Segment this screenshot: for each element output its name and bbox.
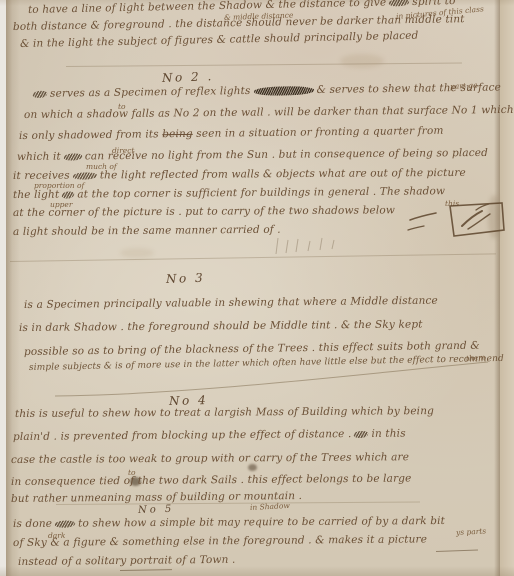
handwriting-line: case the castle is too weak to group wit… bbox=[11, 451, 409, 466]
line-text: the light reflected from walls & objects… bbox=[100, 167, 466, 182]
handwriting-line: of Sky & a figure & something else in th… bbox=[13, 533, 427, 549]
paper-stain bbox=[120, 248, 154, 258]
handwriting-line: plain'd . is prevented from blocking up … bbox=[13, 428, 406, 443]
line-text: is done bbox=[13, 518, 52, 530]
underline-stroke bbox=[436, 550, 478, 552]
scribbled-out-word bbox=[54, 520, 76, 527]
handwriting-line: a light should be in the same manner car… bbox=[13, 224, 281, 238]
handwriting-line: this is useful to shew how to treat a la… bbox=[15, 405, 434, 420]
handwriting-line: it receivesthe light reflected from wall… bbox=[13, 167, 466, 182]
page-edge-bottom-shadow bbox=[0, 566, 514, 576]
page-edge-left-crease bbox=[6, 0, 20, 576]
handwriting-line: is a Specimen principally valuable in sh… bbox=[24, 295, 438, 311]
bleed-through-marks bbox=[272, 234, 352, 258]
line-text: & serves to shew that the surface bbox=[316, 81, 501, 96]
line-text: plain'd . is prevented from blocking up … bbox=[13, 428, 352, 443]
struck-word: being bbox=[162, 128, 193, 140]
scribbled-out-word bbox=[32, 90, 48, 97]
manuscript-page: to have a line of light between the Shad… bbox=[0, 0, 514, 576]
line-text: seen in a situation or fronting a quarte… bbox=[196, 125, 443, 140]
handwriting-line: is doneto shew how a simple bit may requ… bbox=[13, 515, 445, 530]
section-heading-no4: No 4 bbox=[169, 394, 208, 407]
scribbled-out-word bbox=[61, 191, 75, 198]
line-text: at the top corner is sufficient for buil… bbox=[77, 185, 445, 200]
page-edge-right-strip bbox=[500, 0, 514, 576]
handwriting-line: at the corner of the picture is . put to… bbox=[13, 204, 395, 219]
scribbled-out-word bbox=[353, 430, 369, 437]
line-text: which it bbox=[17, 151, 61, 163]
pen-flourish-line bbox=[40, 350, 500, 400]
paper-stain bbox=[340, 54, 384, 68]
handwriting-line: serves as a Specimen of reflex lights& s… bbox=[30, 81, 501, 100]
margin-sketch bbox=[406, 196, 510, 248]
handwriting-line: & in the light the subject of figures & … bbox=[20, 30, 419, 50]
handwriting-line: is only shadowed from its being seen in … bbox=[19, 125, 444, 142]
fold-line bbox=[10, 253, 496, 262]
line-text: in this bbox=[371, 428, 405, 440]
handwriting-line: on which a shadow falls as No 2 on the w… bbox=[24, 104, 514, 121]
section-heading-no5: No 5 bbox=[138, 504, 175, 517]
marginal-note: ys parts bbox=[456, 526, 487, 537]
fold-line bbox=[66, 63, 462, 67]
section-heading-no2: No 2 . bbox=[162, 70, 214, 84]
line-text: is only shadowed from its bbox=[19, 128, 159, 142]
line-text: can receive no light from the Sun . but … bbox=[85, 147, 488, 163]
line-text: to shew how a simple bit may require to … bbox=[78, 515, 445, 530]
scribbled-out-word bbox=[72, 172, 98, 179]
handwriting-line: instead of a solitary portrait of a Town… bbox=[18, 554, 236, 568]
handwriting-line: which itcan receive no light from the Su… bbox=[17, 147, 488, 163]
handwriting-line: in consequence tied of the two dark Sail… bbox=[11, 473, 412, 488]
scribbled-out-word bbox=[63, 153, 83, 160]
handwriting-line: is in dark Shadow . the foreground shoul… bbox=[19, 318, 423, 334]
ink-blot bbox=[248, 464, 257, 471]
line-text: serves as a Specimen of reflex lights bbox=[50, 85, 251, 100]
scribbled-out-words bbox=[252, 86, 315, 96]
handwriting-line: the lightat the top corner is sufficient… bbox=[13, 185, 445, 201]
line-text: to have a line of light between the Shad… bbox=[28, 0, 387, 16]
scribbled-out-word bbox=[388, 0, 410, 6]
interlinear-insertion: in Shadow bbox=[250, 501, 290, 512]
section-heading-no3: No 3 bbox=[166, 272, 206, 285]
